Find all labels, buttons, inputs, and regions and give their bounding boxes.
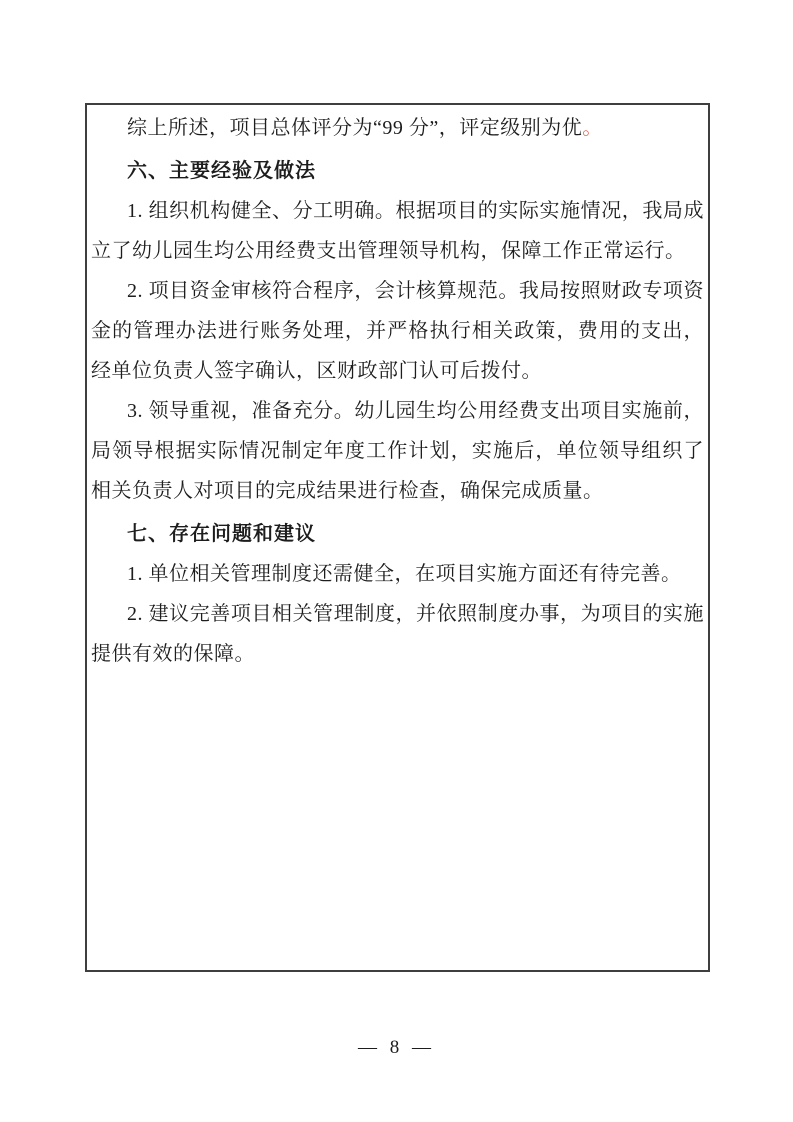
page-footer: — 8 — — [0, 1036, 793, 1060]
section-6-heading: 六、主要经验及做法 — [91, 151, 704, 191]
section-7-heading: 七、存在问题和建议 — [91, 514, 704, 554]
page-number: — 8 — — [358, 1037, 435, 1058]
section-6-paragraph-1: 1. 组织机构健全、分工明确。根据项目的实际实施情况，我局成立了幼儿园生均公用经… — [91, 191, 704, 271]
report-border-box: 综上所述，项目总体评分为“99 分”，评定级别为优。 六、主要经验及做法 1. … — [85, 103, 710, 972]
document-page: 综上所述，项目总体评分为“99 分”，评定级别为优。 六、主要经验及做法 1. … — [0, 0, 793, 1122]
section-6-paragraph-2: 2. 项目资金审核符合程序，会计核算规范。我局按照财政专项资金的管理办法进行账务… — [91, 271, 704, 391]
summary-red-period: 。 — [582, 117, 603, 139]
section-7-paragraph-2: 2. 建议完善项目相关管理制度，并依照制度办事，为项目的实施提供有效的保障。 — [91, 594, 704, 674]
summary-paragraph: 综上所述，项目总体评分为“99 分”，评定级别为优。 — [91, 108, 704, 148]
section-7-paragraph-1: 1. 单位相关管理制度还需健全，在项目实施方面还有待完善。 — [91, 554, 704, 594]
summary-text: 综上所述，项目总体评分为“99 分”，评定级别为优 — [127, 117, 582, 139]
section-6-paragraph-3: 3. 领导重视，准备充分。幼儿园生均公用经费支出项目实施前，局领导根据实际情况制… — [91, 391, 704, 511]
